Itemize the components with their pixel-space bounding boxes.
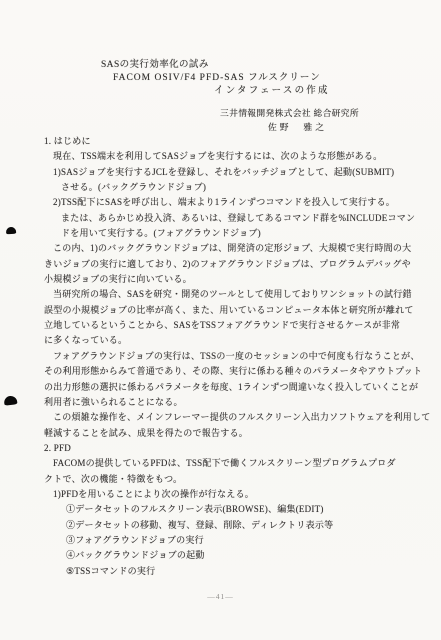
document-body: 1. はじめに現在、TSS端末を利用してSASジョブを実行するには、次のような形…: [0, 134, 441, 579]
text-line: クトで、次の機能・特徴をもつ。: [0, 472, 441, 487]
text-line: 小規模ジョブの実行に向いている。: [0, 272, 441, 287]
text-line: の出力形態の選択に係わるパラメータを毎度、1ラインずつ間違いなく投入していくこと…: [0, 380, 441, 395]
paper-title-line3: インタフェースの作成: [214, 85, 441, 98]
text-line: 2. PFD: [0, 441, 441, 456]
text-line: 立地しているということから、SASをTSSフォアグラウンドで実行させるケースが非…: [0, 318, 441, 333]
text-line: この内、1)のバックグラウンドジョブは、開発済の定形ジョブ、大規模で実行時間の大: [0, 241, 441, 256]
text-line: FACOMの提供しているPFDは、TSS配下で働くフルスクリーン型プログラムプロ…: [0, 456, 441, 471]
text-line: 軽減することを試み、成果を得たので報告する。: [0, 426, 441, 441]
paper-title-line2: FACOM OSIV/F4 PFD-SAS フルスクリーン: [113, 72, 441, 85]
text-line: ②データセットの移動、複写、登録、削除、ディレクトリ表示等: [0, 518, 441, 533]
paper-title-line1: SASの実行効率化の試み: [101, 59, 441, 72]
scanned-paper-page: SASの実行効率化の試み FACOM OSIV/F4 PFD-SAS フルスクリ…: [0, 0, 441, 640]
text-line: 2)TSS配下にSASを呼び出し、端末より1ラインずつコマンドを投入して実行する…: [0, 195, 441, 210]
text-line: または、あらかじめ投入済、あるいは、登録してあるコマンド群を%INCLUDEコマ…: [0, 211, 441, 226]
title-block: SASの実行効率化の試み FACOM OSIV/F4 PFD-SAS フルスクリ…: [0, 59, 441, 98]
text-line: 1. はじめに: [0, 134, 441, 149]
text-line: 現在、TSS端末を利用してSASジョブを実行するには、次のような形態がある。: [0, 149, 441, 164]
text-line: 誤型の小規模ジョブの比率が高く、また、用いているコンピュータ本体と研究所が離れて: [0, 303, 441, 318]
text-line: 利用者に強いられることになる。: [0, 395, 441, 410]
text-line: ③フォアグラウンドジョブの実行: [0, 533, 441, 548]
text-line: ⑤TSSコマンドの実行: [0, 564, 441, 579]
text-line: ドを用いて実行する。(フォアグラウンドジョブ): [0, 226, 441, 241]
author-name: 佐野 雅之: [268, 121, 441, 135]
text-line: フォアグラウンドジョブの実行は、TSSの一度のセッションの中で何度も行なうことが…: [0, 349, 441, 364]
text-line: きいジョブの実行に適しており、2)のフォアグラウンドジョブは、プログラムデバッグ…: [0, 257, 441, 272]
text-line: この煩雑な操作を、メインフレーマー提供のフルスクリーン入出力ソフトウェアを利用し…: [0, 410, 441, 425]
text-line: させる。(バックグラウンドジョブ): [0, 180, 441, 195]
text-line: に多くなっている。: [0, 333, 441, 348]
author-block: 三井情報開発株式会社 総合研究所 佐野 雅之: [0, 107, 441, 134]
text-line: 1)PFDを用いることにより次の操作が行なえる。: [0, 487, 441, 502]
text-line: その利用形態からみて普通であり、その際、実行に係わる種々のパラメータやアウトプッ…: [0, 364, 441, 379]
text-line: 1)SASジョブを実行するJCLを登録し、それをバッチジョブとして、起動(SUB…: [0, 165, 441, 180]
text-line: 当研究所の場合、SASを研究・開発のツールとして使用しておりワンショットの試行錯: [0, 287, 441, 302]
text-line: ①データセットのフルスクリーン表示(BROWSE)、編集(EDIT): [0, 502, 441, 517]
author-affiliation: 三井情報開発株式会社 総合研究所: [220, 107, 441, 121]
page-number: —41—: [0, 592, 441, 601]
text-line: ④バックグラウンドジョブの起動: [0, 548, 441, 563]
